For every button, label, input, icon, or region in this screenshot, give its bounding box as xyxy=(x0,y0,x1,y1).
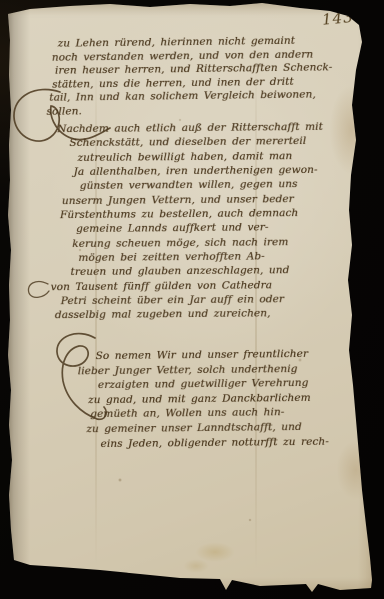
page-number: 143 xyxy=(321,7,362,28)
small-flourish xyxy=(28,282,49,298)
text-line: zu gnad, und mit ganz Danckbarlichem xyxy=(88,390,329,407)
paragraph-1: zu Lehen rürend, hierinnen nicht gemaint… xyxy=(52,34,333,119)
manuscript-page: 143 zu Lehen rürend, hierinnen nicht gem… xyxy=(0,0,384,599)
text-line: Fürstenthums zu bestellen, auch demnach xyxy=(60,206,324,223)
paragraph-3: So nemen Wir und unser freuntlicher lieb… xyxy=(75,347,328,452)
text-line: kerung scheuen möge, sich nach irem xyxy=(72,235,324,252)
paragraph-2: Nachdem auch etlich auß der Ritterschaff… xyxy=(57,120,324,323)
archive-photo: 143 zu Lehen rürend, hierinnen nicht gem… xyxy=(0,0,384,599)
text-line: dasselbig mal zugeben und zureichen, xyxy=(55,306,325,323)
text-line: treuen und glauben anzeschlagen, und xyxy=(70,263,324,280)
text-line: eins Jeden, obligender notturfft zu rech… xyxy=(100,434,329,451)
